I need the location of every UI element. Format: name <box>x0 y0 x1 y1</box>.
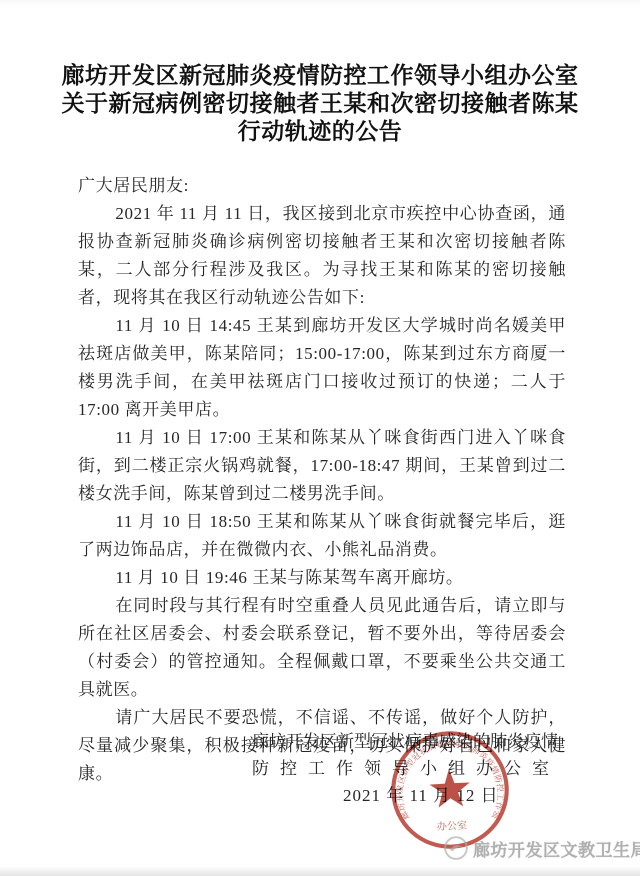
watermark: 廊坊开发区文教卫生局 <box>443 833 640 863</box>
notice-paragraph: 11 月 10 日 19:46 王某与陈某驾车离开廊坊。 <box>78 564 566 592</box>
seal-bottom-text: 办公室 <box>436 818 467 833</box>
title-line-3: 行动轨迹的公告 <box>40 118 600 146</box>
salutation: 广大居民朋友: <box>78 172 566 200</box>
notice-title: 廊坊开发区新冠肺炎疫情防控工作领导小组办公室 关于新冠病例密切接触者王某和次密切… <box>40 62 600 146</box>
notice-paragraph: 11 月 10 日 18:50 王某和陈某从丫咪食街就餐完毕后，逛了两边饰品店，… <box>78 508 566 564</box>
seal-star-icon <box>429 768 471 808</box>
notice-body: 广大居民朋友: 2021 年 11 月 11 日，我区接到北京市疾控中心协查函，… <box>78 172 566 788</box>
notice-paragraph: 2021 年 11 月 11 日，我区接到北京市疾控中心协查函，通报协查新冠肺炎… <box>78 200 566 312</box>
watermark-logo-icon <box>443 835 469 861</box>
watermark-text: 廊坊开发区文教卫生局 <box>473 836 640 861</box>
title-line-2: 关于新冠病例密切接触者王某和次密切接触者陈某 <box>40 90 600 118</box>
notice-paragraph: 在同时段与其行程有时空重叠人员见此通告后，请立即与所在社区居委会、村委会联系登记… <box>78 592 566 704</box>
title-line-1: 廊坊开发区新冠肺炎疫情防控工作领导小组办公室 <box>40 62 600 90</box>
notice-paragraph: 11 月 10 日 14:45 王某到廊坊开发区大学城时尚名媛美甲祛斑店做美甲，… <box>78 312 566 424</box>
notice-paragraph: 11 月 10 日 17:00 王某和陈某从丫咪食街西门进入丫咪食街，到二楼正宗… <box>78 424 566 508</box>
seal-ring-text: 廊坊开发区新型冠状病毒感染的肺炎疫情防控工作领导小组 <box>383 723 508 828</box>
